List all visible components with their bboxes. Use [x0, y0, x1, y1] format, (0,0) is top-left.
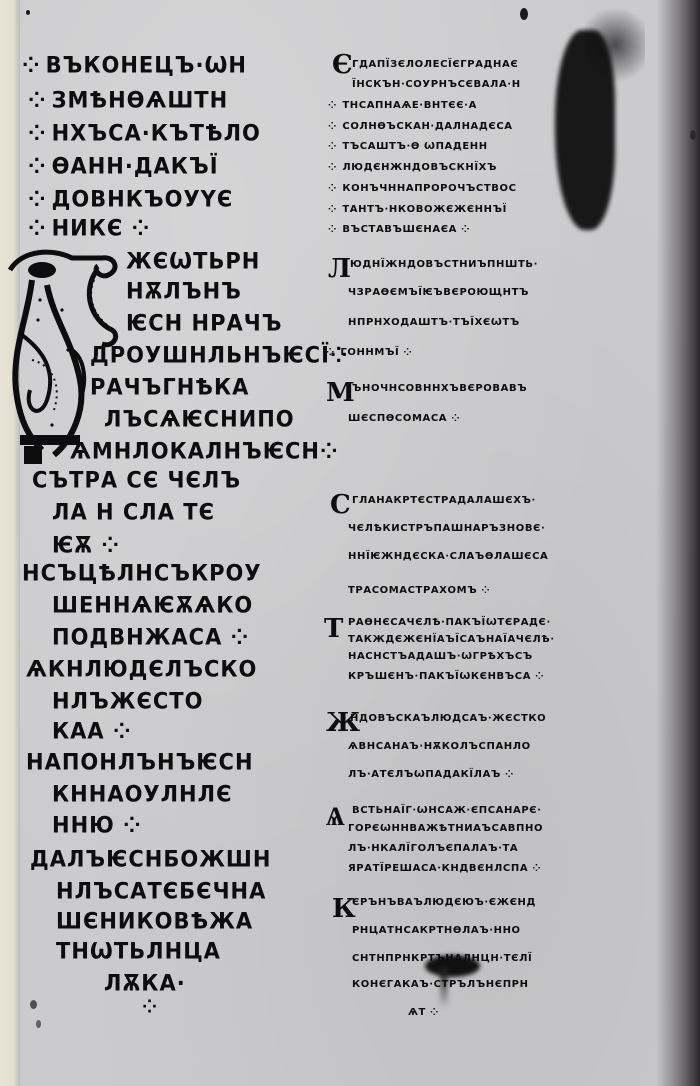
ink-speck — [36, 1020, 41, 1028]
end-ornament: ⁘ — [142, 999, 158, 1018]
initial-letter: С — [330, 492, 351, 518]
text-line: НЛЪЖЄСТО — [52, 690, 203, 712]
initial-letter: Ѧ — [326, 804, 345, 830]
text-line: ѦМНЛОКАЛНЪѤСН⁘ — [70, 440, 339, 462]
text-line: ѤСН НРАЧЪ — [126, 312, 282, 334]
text-line: КАА ⁘ — [52, 720, 132, 742]
text-line: ЖЄѠТЬРН — [126, 250, 260, 272]
text-line: РНЦАТНСАКРТНѲЛАЪ·ННО — [352, 926, 521, 936]
text-line: КОНЄГАКАЪ·СТРЪЛЪНЄПРН — [352, 980, 529, 990]
paper-margin-strip — [0, 0, 20, 1086]
text-line: ЯРАТЇРЕШАСА·КНДВЄНЛСПА ⁘ — [348, 864, 541, 874]
text-line: ⁘СОЛНѲЪСКАН·ДАЛНАДЄСА — [328, 122, 513, 132]
text-line: ПОДВНЖАСА ⁘ — [52, 626, 249, 648]
text-line: ЛЪСѦѤСНИПО — [104, 408, 295, 430]
initial-letter: Є — [332, 52, 353, 78]
text-line: ЪНОЧНСОВННХЪВЄРОВАВЪ — [352, 384, 527, 394]
text-line: ⁘ГОННМЪЇ ⁘ — [326, 348, 412, 358]
ink-blot — [555, 30, 615, 230]
text-line: НДОВЪСКАЪЛЮДСАЪ·ЖЄСТКО — [350, 714, 546, 724]
ink-speck — [520, 8, 528, 20]
text-line: ⁘ЗМѢНѲѦШТН — [28, 89, 228, 111]
text-line: ⁘ДОВНКЪОУҮЄ — [28, 188, 233, 210]
text-line: ⁘ТНСАПНАѦЕ·ВНТЄЄ·А — [328, 101, 477, 111]
text-line: ЛЪ·НКАЛЇГОЛЪЄПАЛАЪ·ТА — [348, 844, 518, 854]
text-line: ⁘ВЪКОНЕЦЪ·ѠН — [22, 54, 247, 76]
text-line: ѦКНЛЮДЄЛЪСКО — [26, 658, 257, 680]
text-line: ѤѪ ⁘ — [52, 534, 120, 556]
text-line: ѦВНСАНАЪ·НѪКОЛЪСПАНЛО — [348, 742, 531, 752]
text-line: РАЧЪГНѢКА — [90, 376, 249, 398]
text-line: СНТНПРНКРТЪНАЛНЦН·ТЄЛЇ — [352, 954, 532, 964]
text-line: КРЪШЄНЪ·ПАКЪЇѠКЄНВЪСА ⁘ — [348, 672, 544, 682]
text-line: ШЄСПѲСОМАСА ⁘ — [348, 414, 460, 424]
text-line: РАѲНЄСАЧЄЛѢ·ПАКЪЇѠТЄРАДЄ· — [348, 618, 551, 628]
text-line: ННЮ ⁘ — [52, 814, 142, 836]
text-line: ТНѠТЬЛНЦА — [56, 940, 221, 962]
text-line: ЧЗРАѲЄМЪЇѤЪВЄРОЮЩНТЪ — [348, 288, 529, 298]
initial-letter: Л — [328, 256, 351, 282]
initial-letter: Т — [324, 616, 343, 642]
text-line: СЪТРА СЄ ЧЄЛЪ — [32, 469, 241, 491]
text-line: ⁘ѲАНН·ДАКЪЇ — [28, 155, 219, 177]
manuscript-page: ⁘ВЪКОНЕЦЪ·ѠН ⁘ЗМѢНѲѦШТН ⁘НХЪСА·КЪТѢЛО ⁘Ѳ… — [0, 0, 700, 1086]
text-line: НПРНХОДАШТЪ·ТЪЇХЄѠТЪ — [348, 318, 520, 328]
text-line: НАСНСТЪАДАШЪ·ѠГРѢХЪСЪ — [348, 652, 533, 662]
ink-speck — [26, 10, 30, 15]
text-line: ННЇѤЖНДЄСКА·СЛАЪѲЛАШЄСА — [348, 552, 548, 562]
text-line: КННАОУЛНЛЄ — [52, 783, 232, 805]
text-line: ⁘КОНЪЧННАПРОРОЧЪСТВОС — [328, 184, 517, 194]
text-line: ЮДНЇЖНДОВЪСТНИЪПНШТЬ· — [350, 260, 538, 270]
text-line: ГЛАНАКРТЄСТРАДАЛАШЄХЪ· — [352, 496, 536, 506]
text-line: ТАКЖДЄЖЄНЇАЪЇСАЪНАЇАЧЄЛѢ· — [348, 635, 555, 645]
text-line: ВСТЬНАЇГ·ѠНСАЖ·ЄПСАНАРЄ· — [352, 806, 542, 816]
text-line: ЛЪ·АТЄЛЪѠПАДАКЇЛАЪ ⁘ — [348, 770, 514, 780]
text-line: ТРАСОМАСТРАХОМЪ ⁘ — [348, 586, 490, 596]
text-line: ЧЄЛѢКИСТРЪПАШНАРЪЗНОВЄ· — [348, 524, 545, 534]
text-line: ⁘ТАНТЪ·НКОВОЖЄЖЄННЪЇ — [328, 205, 507, 215]
text-line: ШЄНИКОВѢЖА — [56, 910, 253, 932]
text-line: НАПОНЛЪНЪѤСН — [26, 751, 254, 773]
initial-letter: М — [326, 380, 355, 406]
text-line: ⁘ЛЮДЄНЖНДОВЪСКНЇХЪ — [328, 163, 497, 173]
text-line: ДРОУШНЛЬНЪѤСЇ⁘ — [90, 344, 348, 366]
text-line: ЛѪКА· — [104, 972, 186, 994]
text-line: ⁘ТЪСАШТЪ·Ѳ ѠПАДЕНН — [328, 142, 488, 152]
text-line: НѪЛЪНЪ — [126, 280, 242, 302]
text-line: ГДАПЇЗЄЛОЛЕСЇЄГРАДНАЄ — [352, 60, 518, 70]
text-line: ⁘ВЪСТАВЪШЄНАЄА ⁘ — [328, 225, 470, 235]
text-line: ЛА Н СЛА ТЄ — [52, 501, 215, 523]
text-line: ШЕННѦѤѪѦКО — [52, 594, 253, 616]
text-line: ЄРЪНЪВАЪЛЮДЄЮЪ·ЄЖЄНД — [352, 898, 536, 908]
text-line: НЛЪСАТЄБЄЧНА — [56, 880, 266, 902]
text-line: ГОРЄѠННВАЖѢТНИАЪСАВПНО — [348, 824, 543, 834]
text-line: ЇНСКЪН·СОУРНЪСЄВАЛА·Н — [352, 80, 521, 90]
text-line: ѦТ ⁘ — [408, 1008, 439, 1018]
ink-speck — [30, 1000, 37, 1009]
binding-gutter-shadow — [656, 0, 700, 1086]
text-line: ⁘НИКЄ ⁘ — [28, 217, 150, 239]
text-line: ДАЛЪѤСНБОЖШН — [30, 848, 271, 870]
text-line: ⁘НХЪСА·КЪТѢЛО — [28, 122, 261, 144]
text-line: НСЪЦѢЛНСЪКРОУ — [22, 562, 262, 584]
